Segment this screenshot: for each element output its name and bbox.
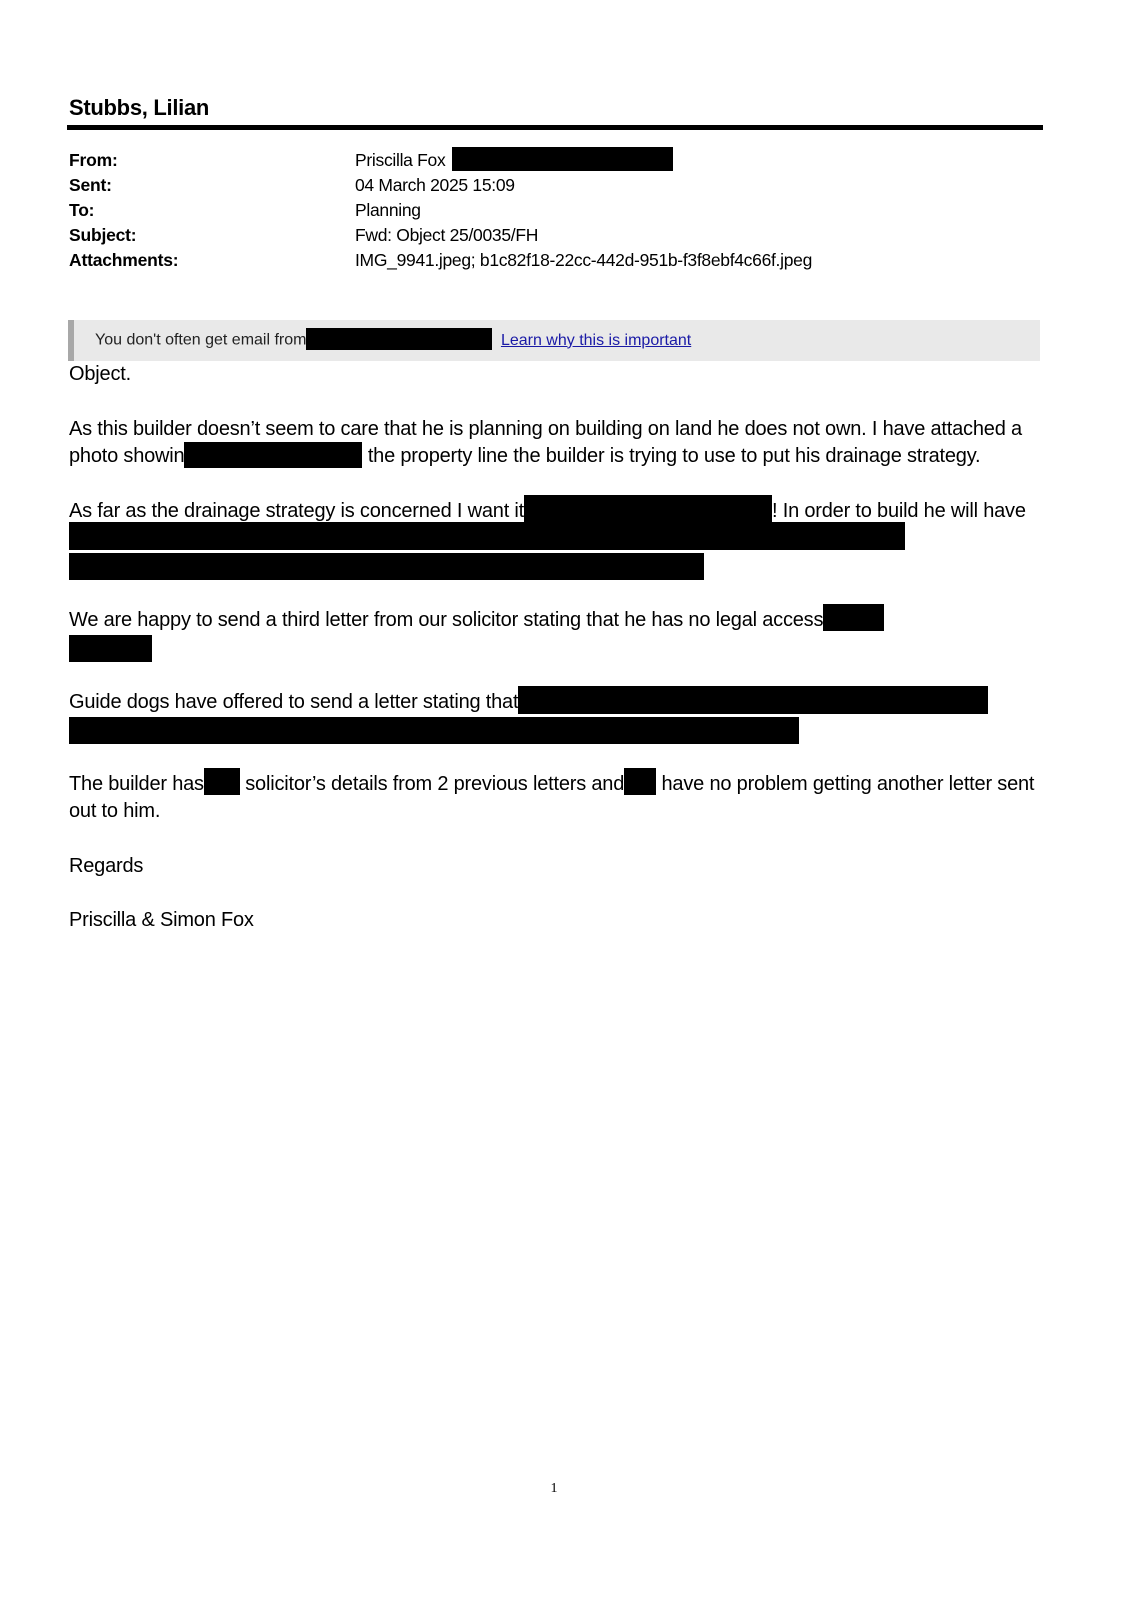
subject-value: Fwd: Object 25/0035/FH (355, 225, 538, 246)
redacted-text (184, 442, 362, 468)
learn-why-link[interactable]: Learn why this is important (501, 332, 691, 349)
paragraph-text: ! In order to build he will have (772, 500, 1026, 522)
redacted-sender-address (452, 147, 673, 171)
redacted-text (69, 522, 905, 550)
redacted-text-block (69, 553, 704, 580)
from-label: From: (69, 150, 118, 171)
paragraph-text: solicitor’s details from 2 previous lett… (240, 773, 624, 795)
paragraph-guide-dogs: Guide dogs have offered to send a letter… (69, 689, 1049, 744)
sent-row: Sent: 04 March 2025 15:09 (69, 175, 1049, 200)
paragraph-text: As far as the drainage strategy is conce… (69, 500, 524, 522)
opening-line: Object. (69, 361, 1049, 389)
attachments-value[interactable]: IMG_9941.jpeg; b1c82f18-22cc-442d-951b-f… (355, 250, 812, 271)
sent-value: 04 March 2025 15:09 (355, 175, 515, 196)
email-header: From: Priscilla Fox Sent: 04 March 2025 … (69, 150, 1049, 275)
document-page: Stubbs, Lilian From: Priscilla Fox Sent:… (0, 0, 1132, 1600)
from-row: From: Priscilla Fox (69, 150, 1049, 175)
closing-line: Regards (69, 853, 1049, 881)
email-body: Object. As this builder doesn’t seem to … (69, 361, 1049, 962)
to-row: To: Planning (69, 200, 1049, 225)
redacted-text (518, 686, 988, 714)
redacted-text (204, 768, 240, 795)
mailbox-owner-name: Stubbs, Lilian (69, 95, 209, 121)
subject-row: Subject: Fwd: Object 25/0035/FH (69, 225, 1049, 250)
banner-content: You don't often get email from Learn why… (95, 331, 691, 350)
redacted-sender-email (306, 328, 492, 350)
paragraph-text: The builder has (69, 773, 204, 795)
redacted-text (524, 495, 772, 523)
subject-label: Subject: (69, 225, 136, 246)
paragraph-text: the property line the builder is trying … (362, 445, 980, 467)
redacted-text (624, 768, 656, 795)
sent-label: Sent: (69, 175, 112, 196)
redacted-text (823, 604, 884, 631)
paragraph-solicitor-letter: We are happy to send a third letter from… (69, 607, 1049, 663)
to-value: Planning (355, 200, 421, 221)
attachments-label: Attachments: (69, 250, 178, 271)
banner-text: You don't often get email from (95, 332, 306, 349)
paragraph-property-line: As this builder doesn’t seem to care tha… (69, 416, 1049, 471)
redacted-text-block (69, 717, 799, 744)
from-value: Priscilla Fox (355, 150, 673, 171)
external-sender-warning-banner: You don't often get email from Learn why… (68, 320, 1040, 361)
redacted-text-block (69, 635, 152, 662)
paragraph-drainage: As far as the drainage strategy is conce… (69, 498, 1049, 580)
attachments-row: Attachments: IMG_9941.jpeg; b1c82f18-22c… (69, 250, 1049, 275)
sender-name: Priscilla Fox (355, 150, 445, 170)
paragraph-builder-details: The builder has solicitor’s details from… (69, 771, 1049, 826)
signature: Priscilla & Simon Fox (69, 907, 1049, 935)
page-number: 1 (0, 1481, 1108, 1497)
paragraph-text: Guide dogs have offered to send a letter… (69, 691, 518, 713)
header-rule (67, 125, 1043, 130)
paragraph-text: We are happy to send a third letter from… (69, 609, 823, 631)
to-label: To: (69, 200, 94, 221)
